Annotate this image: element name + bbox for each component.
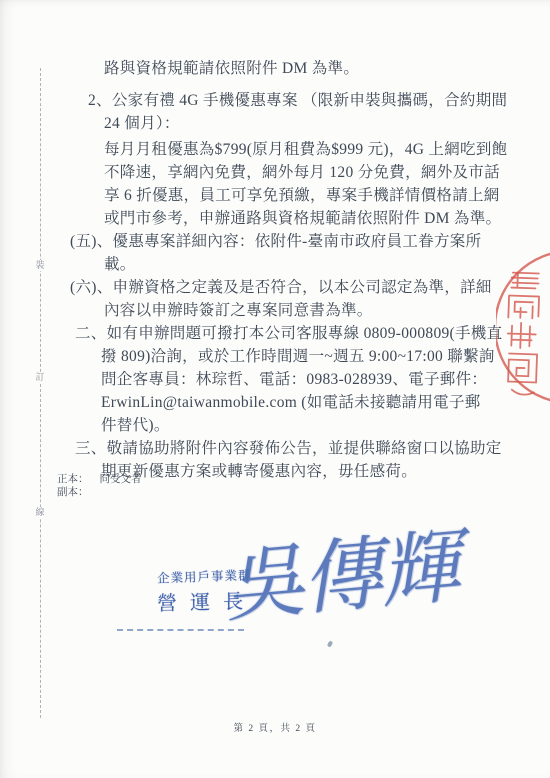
- original-copy-recipients: 同受文者: [100, 473, 142, 486]
- ink-speck: [327, 640, 333, 647]
- body-line: ErwinLin@taiwanmobile.com (如電話未接聽請用電子郵: [0, 391, 522, 414]
- signature-stamp-block: 企業用戶事業群 營運長 吳傳輝: [0, 510, 550, 675]
- body-line: 或門市參考，申辦通路與資格規範請依照附件 DM 為準。: [0, 207, 522, 230]
- original-copy-label: 正本：: [57, 473, 89, 486]
- page-footer: 第 2 頁，共 2 頁: [0, 720, 550, 734]
- page-indicator: 第 2 頁，共 2 頁: [233, 724, 316, 734]
- letter-body: 路與資格規範請依照附件 DM 為準。 2、公家有禮 4G 手機優惠專案 （限新申…: [0, 57, 522, 483]
- body-line: 三、敬請協助將附件內容發佈公告，並提供聯絡窗口以協助定: [0, 437, 522, 460]
- stamp-underline: [117, 629, 244, 631]
- duplicate-copy-label: 副本：: [57, 486, 89, 499]
- body-line: 撥 809)洽詢，或於工作時間週一~週五 9:00~17:00 聯繫詢: [0, 345, 522, 368]
- body-line: 路與資格規範請依照附件 DM 為準。: [0, 57, 522, 80]
- body-line: 不降速，享網內免費，網外每月 120 分免費，網外及市話: [0, 161, 522, 184]
- body-line: 二、如有申辦問題可撥打本公司客服專線 0809-000809(手機直: [0, 322, 522, 345]
- body-line: 24 個月）：: [0, 112, 522, 135]
- body-line: 2、公家有禮 4G 手機優惠專案 （限新申裝與攜碼，合約期間: [0, 89, 522, 112]
- body-line: 件替代)。: [0, 414, 522, 437]
- body-line: 內容以申辦時簽訂之專案同意書為準。: [0, 299, 522, 322]
- scanned-letter-page: 裝 訂 線 路與資格規範請依照附件 DM 為準。 2、公家有禮 4G 手機優惠專…: [0, 0, 550, 778]
- signature-name: 吳傳輝: [219, 508, 463, 648]
- body-line: 問企客專員：林琮哲、電話：0983-028939、電子郵件：: [0, 368, 522, 391]
- body-line: 每月月租優惠為$799(原月租費為$999 元)，4G 上網吃到飽: [0, 138, 522, 161]
- body-line: (五)、優惠專案詳細內容：依附件-臺南市政府員工眷方案所: [0, 230, 522, 253]
- red-official-seal-icon: [496, 242, 550, 420]
- body-line: (六)、申辦資格之定義及是否符合，以本公司認定為準，詳細: [0, 276, 522, 299]
- body-line: 享 6 折優惠，員工可享免預繳，專案手機詳情價格請上網: [0, 184, 522, 207]
- body-line: 載。: [0, 253, 522, 276]
- distribution-block: 正本： 同受文者 副本：: [57, 473, 142, 499]
